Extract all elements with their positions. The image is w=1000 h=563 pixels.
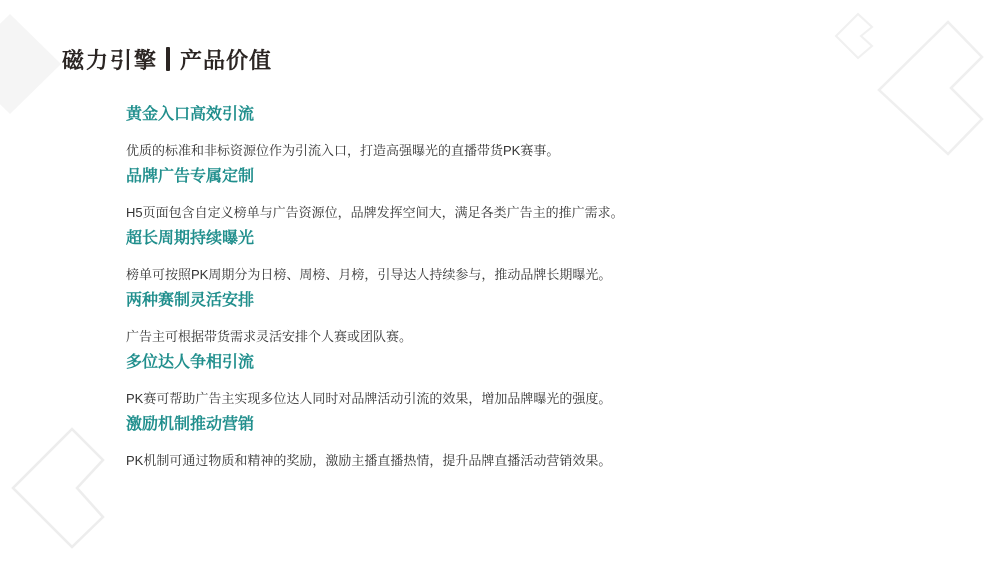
list-item: 两种赛制灵活安排 广告主可根据带货需求灵活安排个人赛或团队赛。 [126, 292, 926, 344]
page-title: 磁力引擎 产品价值 [62, 44, 272, 74]
list-item: 多位达人争相引流 PK赛可帮助广告主实现多位达人同时对品牌活动引流的效果，增加品… [126, 354, 926, 406]
value-list: 黄金入口高效引流 优质的标准和非标资源位作为引流入口，打造高强曝光的直播带货PK… [126, 106, 926, 478]
value-description: 广告主可根据带货需求灵活安排个人赛或团队赛。 [126, 330, 926, 344]
list-item: 超长周期持续曝光 榜单可按照PK周期分为日榜、周榜、月榜，引导达人持续参与，推动… [126, 230, 926, 282]
chevron-decoration-icon [836, 14, 872, 58]
diamond-decoration-icon [0, 14, 61, 114]
value-description: PK机制可通过物质和精神的奖励，激励主播直播热情，提升品牌直播活动营销效果。 [126, 454, 926, 468]
value-description: H5页面包含自定义榜单与广告资源位，品牌发挥空间大，满足各类广告主的推广需求。 [126, 206, 926, 220]
value-description: 榜单可按照PK周期分为日榜、周榜、月榜，引导达人持续参与，推动品牌长期曝光。 [126, 268, 926, 282]
value-heading: 黄金入口高效引流 [126, 106, 926, 123]
title-divider [166, 47, 170, 71]
chevron-decoration-icon [13, 429, 103, 547]
list-item: 激励机制推动营销 PK机制可通过物质和精神的奖励，激励主播直播热情，提升品牌直播… [126, 416, 926, 468]
value-heading: 多位达人争相引流 [126, 354, 926, 371]
list-item: 品牌广告专属定制 H5页面包含自定义榜单与广告资源位，品牌发挥空间大，满足各类广… [126, 168, 926, 220]
value-description: 优质的标准和非标资源位作为引流入口，打造高强曝光的直播带货PK赛事。 [126, 144, 926, 158]
list-item: 黄金入口高效引流 优质的标准和非标资源位作为引流入口，打造高强曝光的直播带货PK… [126, 106, 926, 158]
value-heading: 激励机制推动营销 [126, 416, 926, 433]
title-section: 产品价值 [180, 44, 272, 75]
title-brand: 磁力引擎 [62, 44, 158, 75]
value-heading: 两种赛制灵活安排 [126, 292, 926, 309]
value-description: PK赛可帮助广告主实现多位达人同时对品牌活动引流的效果，增加品牌曝光的强度。 [126, 392, 926, 406]
slide: 磁力引擎 产品价值 黄金入口高效引流 优质的标准和非标资源位作为引流入口，打造高… [0, 0, 1000, 563]
value-heading: 品牌广告专属定制 [126, 168, 926, 185]
value-heading: 超长周期持续曝光 [126, 230, 926, 247]
